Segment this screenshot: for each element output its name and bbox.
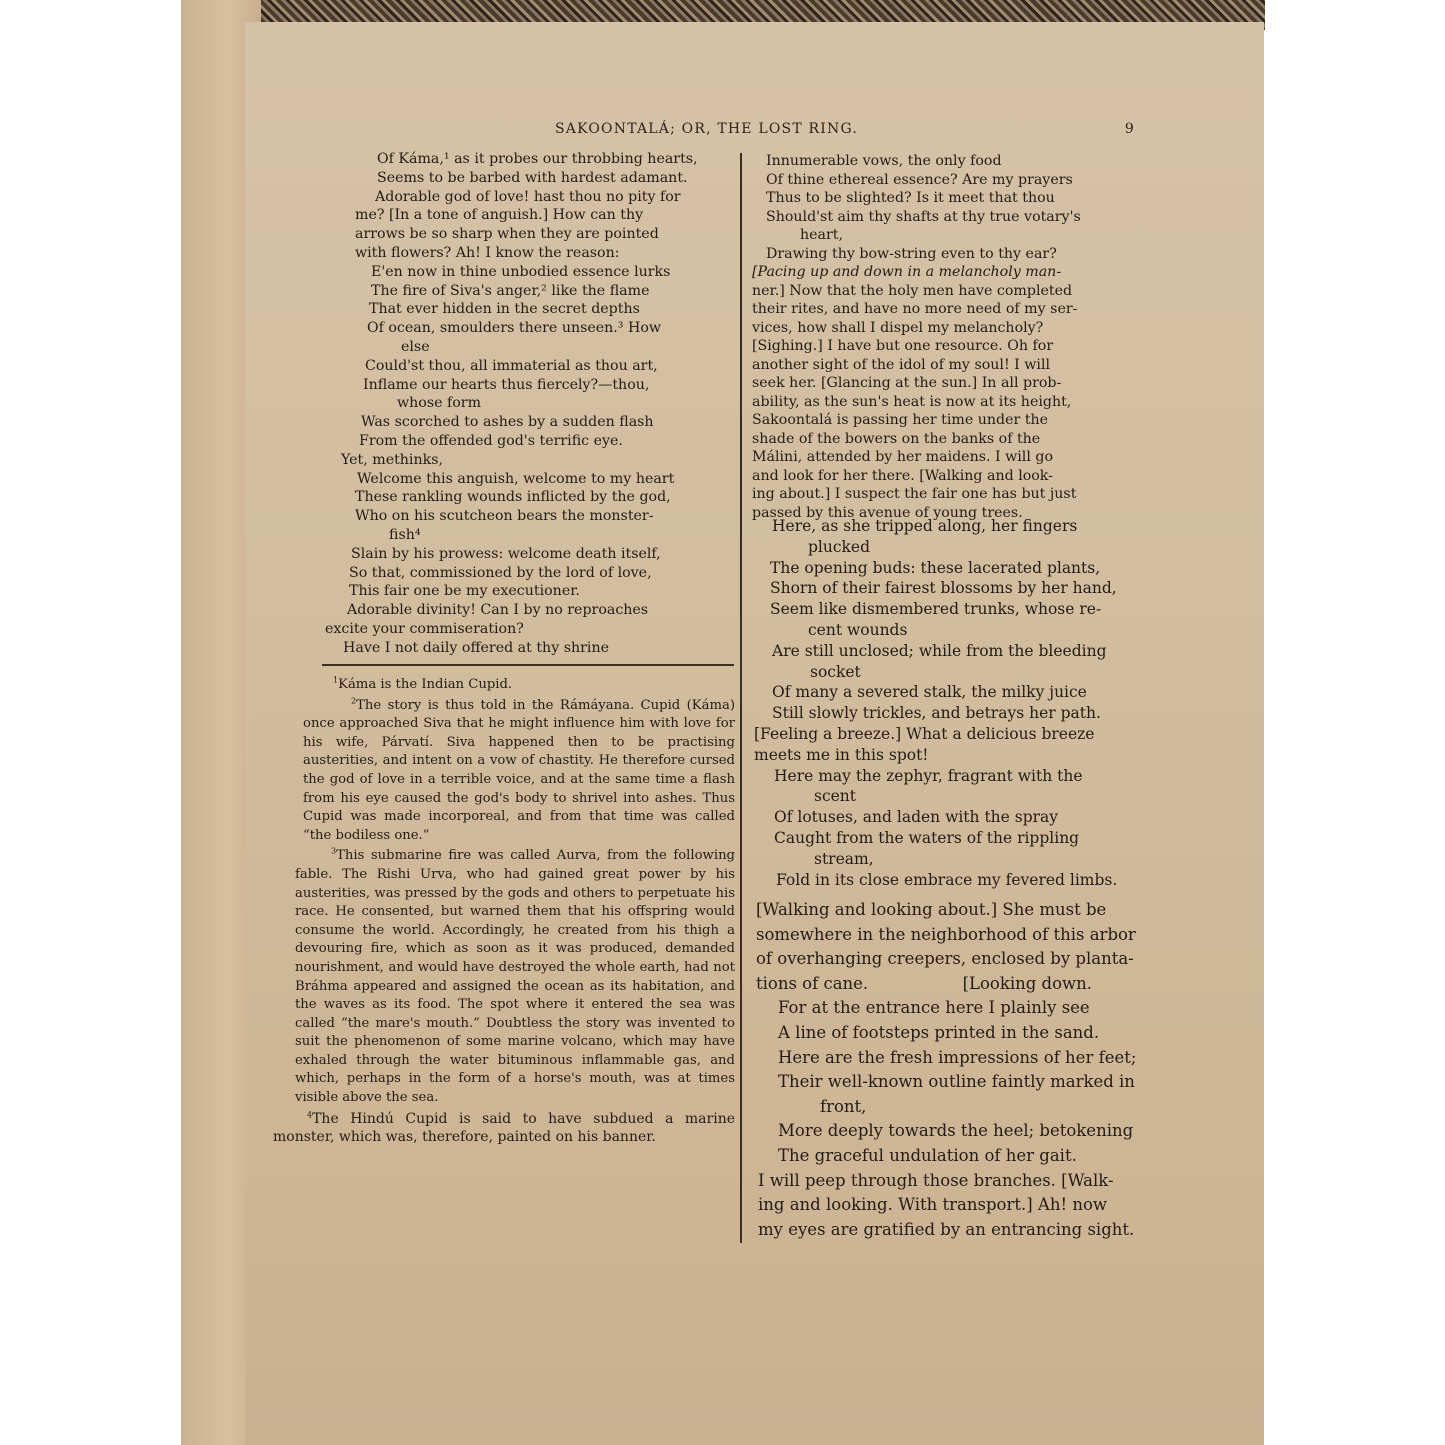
text-line: Slain by his prowess: welcome death itse… xyxy=(325,545,735,564)
footnote-text: Káma is the Indian Cupid. xyxy=(338,677,512,692)
right-column-text-top: Innumerable vows, the only food Of thine… xyxy=(752,152,1192,522)
text-line: These rankling wounds inflicted by the g… xyxy=(325,488,735,507)
text-line: Of ocean, smoulders there unseen.³ How xyxy=(325,319,735,338)
page-number: 9 xyxy=(1125,121,1135,141)
text-line: Who on his scutcheon bears the monster- xyxy=(325,507,735,526)
text-line: I will peep through those branches. [Wal… xyxy=(752,1169,1222,1194)
stage-direction-line: [Pacing up and down in a melancholy man- xyxy=(752,263,1192,282)
right-column-text-middle: Here, as she tripped along, her fingers … xyxy=(752,516,1212,890)
footnote-text: This submarine fire was called Aurva, fr… xyxy=(295,848,735,1105)
text-line: More deeply towards the heel; betokening xyxy=(752,1119,1222,1144)
text-line: Adorable god of love! hast thou no pity … xyxy=(325,188,735,207)
text-line: [Walking and looking about.] She must be xyxy=(752,898,1222,923)
text-line: E'en now in thine unbodied essence lurks xyxy=(325,263,735,282)
text-line: Of Káma,¹ as it probes our throbbing hea… xyxy=(325,150,735,169)
text-line: arrows be so sharp when they are pointed xyxy=(325,225,735,244)
text-line: plucked xyxy=(752,537,1212,558)
text-line: fish⁴ xyxy=(325,526,735,545)
text-line: Could'st thou, all immaterial as thou ar… xyxy=(325,357,735,376)
text-line: Adorable divinity! Can I by no reproache… xyxy=(325,601,735,620)
footnote-1: 1Káma is the Indian Cupid. xyxy=(285,676,735,695)
text-line: my eyes are gratified by an entrancing s… xyxy=(752,1218,1222,1243)
text-line: Of thine ethereal essence? Are my prayer… xyxy=(752,171,1192,190)
footnote-2: 2The story is thus told in the Rámáyana.… xyxy=(285,697,735,846)
text-line: Should'st aim thy shafts at thy true vot… xyxy=(752,208,1192,227)
footnote-4: 4The Hindú Cupid is said to have subdued… xyxy=(273,1110,735,1147)
text-line: another sight of the idol of my soul! I … xyxy=(752,356,1192,375)
text-line: Here may the zephyr, fragrant with the xyxy=(752,766,1212,787)
text-line: Here, as she tripped along, her fingers xyxy=(752,516,1212,537)
text-line: Here are the fresh impressions of her fe… xyxy=(752,1046,1222,1071)
text-line: Yet, methinks, xyxy=(325,451,735,470)
text-line: Have I not daily offered at thy shrine xyxy=(325,639,735,658)
text-line: The fire of Siva's anger,² like the flam… xyxy=(325,282,735,301)
text-line: seek her. [Glancing at the sun.] In all … xyxy=(752,374,1192,393)
text-line: A line of footsteps printed in the sand. xyxy=(752,1021,1222,1046)
text-line: meets me in this spot! xyxy=(752,745,1212,766)
text-line: Of many a severed stalk, the milky juice xyxy=(752,682,1212,703)
text-line: cent wounds xyxy=(752,620,1212,641)
text-line: Was scorched to ashes by a sudden flash xyxy=(325,413,735,432)
text-line: That ever hidden in the secret depths xyxy=(325,300,735,319)
text-line: For at the entrance here I plainly see xyxy=(752,996,1222,1021)
running-header: SAKOONTALÁ; OR, THE LOST RING. 9 xyxy=(555,121,1135,141)
text-line: Thus to be slighted? Is it meet that tho… xyxy=(752,189,1192,208)
text-line: From the offended god's terrific eye. xyxy=(325,432,735,451)
text-line: front, xyxy=(752,1095,1222,1120)
text-line: whose form xyxy=(325,394,735,413)
text-line: excite your commiseration? xyxy=(325,620,735,639)
footnote-rule xyxy=(322,664,734,666)
text-line: with flowers? Ah! I know the reason: xyxy=(325,244,735,263)
footnote-text: The story is thus told in the Rámáyana. … xyxy=(303,698,735,843)
text-line: Still slowly trickles, and betrays her p… xyxy=(752,703,1212,724)
text-line: The opening buds: these lacerated plants… xyxy=(752,558,1212,579)
text-line: Fold in its close embrace my fevered lim… xyxy=(752,870,1212,891)
text-line: of overhanging creepers, enclosed by pla… xyxy=(752,947,1222,972)
text-line: socket xyxy=(752,662,1212,683)
text-line: else xyxy=(325,338,735,357)
text-line: heart, xyxy=(752,226,1192,245)
text-line: Are still unclosed; while from the bleed… xyxy=(752,641,1212,662)
text-line: Caught from the waters of the rippling xyxy=(752,828,1212,849)
text-line: ability, as the sun's heat is now at its… xyxy=(752,393,1192,412)
left-column-text: Of Káma,¹ as it probes our throbbing hea… xyxy=(325,150,735,658)
text-line: Welcome this anguish, welcome to my hear… xyxy=(325,470,735,489)
column-divider xyxy=(740,153,742,1243)
text-line: [Sighing.] I have but one resource. Oh f… xyxy=(752,337,1192,356)
footnote-text: The Hindú Cupid is said to have subdued … xyxy=(273,1111,735,1146)
text-line: tions of cane. [Looking down. xyxy=(752,972,1222,997)
text-line: their rites, and have no more need of my… xyxy=(752,300,1192,319)
text-line: shade of the bowers on the banks of the xyxy=(752,430,1192,449)
text-line: stream, xyxy=(752,849,1212,870)
footnotes: 1Káma is the Indian Cupid. 2The story is… xyxy=(285,676,735,1149)
right-column-text-bottom: [Walking and looking about.] She must be… xyxy=(752,898,1222,1242)
text-line: Seems to be barbed with hardest adamant. xyxy=(325,169,735,188)
text-line: Seem like dismembered trunks, whose re- xyxy=(752,599,1212,620)
running-title: SAKOONTALÁ; OR, THE LOST RING. xyxy=(555,121,858,141)
text-line: me? [In a tone of anguish.] How can thy xyxy=(325,206,735,225)
text-line: So that, commissioned by the lord of lov… xyxy=(325,564,735,583)
text-line: Málini, attended by her maidens. I will … xyxy=(752,448,1192,467)
text-line: [Feeling a breeze.] What a delicious bre… xyxy=(752,724,1212,745)
text-line: Inflame our hearts thus fiercely?—thou, xyxy=(325,376,735,395)
text-line: vices, how shall I dispel my melancholy? xyxy=(752,319,1192,338)
text-line: ing about.] I suspect the fair one has b… xyxy=(752,485,1192,504)
text-line: The graceful undulation of her gait. xyxy=(752,1144,1222,1169)
text-line: and look for her there. [Walking and loo… xyxy=(752,467,1192,486)
text-line: ing and looking. With transport.] Ah! no… xyxy=(752,1193,1222,1218)
footnote-3: 3This submarine fire was called Aurva, f… xyxy=(285,847,735,1107)
text-line: Their well-known outline faintly marked … xyxy=(752,1070,1222,1095)
text-line: Innumerable vows, the only food xyxy=(752,152,1192,171)
text-line: Of lotuses, and laden with the spray xyxy=(752,807,1212,828)
text-line: scent xyxy=(752,786,1212,807)
text-line: This fair one be my executioner. xyxy=(325,582,735,601)
text-line: ner.] Now that the holy men have complet… xyxy=(752,282,1192,301)
text-line: Shorn of their fairest blossoms by her h… xyxy=(752,578,1212,599)
text-line: somewhere in the neighborhood of this ar… xyxy=(752,923,1222,948)
text-line: Drawing thy bow-string even to thy ear? xyxy=(752,245,1192,264)
text-line: Sakoontalá is passing her time under the xyxy=(752,411,1192,430)
